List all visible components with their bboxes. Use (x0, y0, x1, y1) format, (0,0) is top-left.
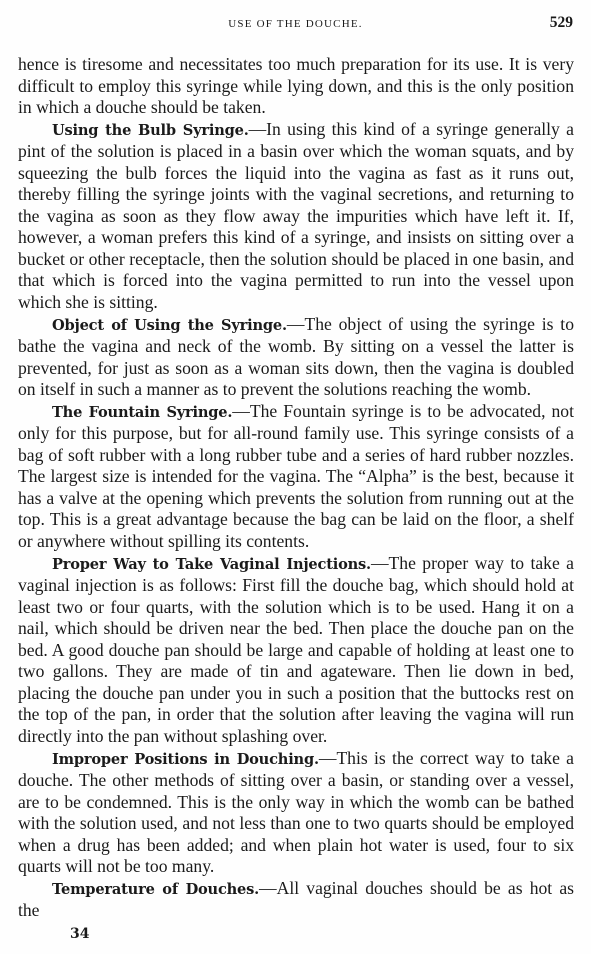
paragraph-text: —In using this kind of a syringe general… (18, 119, 574, 312)
paragraph-fountain-syringe: The Fountain Syringe.—The Fountain syrin… (18, 401, 574, 553)
paragraph-object-of-syringe: Object of Using the Syringe.—The object … (18, 314, 574, 401)
paragraph-bulb-syringe: Using the Bulb Syringe.—In using this ki… (18, 119, 574, 314)
paragraph-text: —The Fountain syringe is to be advocated… (18, 401, 574, 551)
paragraph-temperature: Temperature of Douches.—All vaginal douc… (18, 878, 574, 922)
section-heading: Proper Way to Take Vaginal Injections. (52, 556, 371, 573)
paragraph-text: hence is tiresome and necessitates too m… (18, 54, 574, 117)
section-heading: Using the Bulb Syringe. (52, 122, 249, 139)
paragraph-proper-way: Proper Way to Take Vaginal Injections.—T… (18, 553, 574, 748)
section-heading: Temperature of Douches. (52, 881, 259, 898)
page-number: 529 (550, 14, 573, 32)
paragraph-improper-positions: Improper Positions in Douching.—This is … (18, 748, 574, 878)
paragraph-text: —The proper way to take a vaginal inject… (18, 553, 574, 746)
running-head: USE OF THE DOUCHE. 529 (18, 14, 573, 34)
running-title: USE OF THE DOUCHE. (18, 18, 573, 30)
section-heading: The Fountain Syringe. (52, 404, 232, 421)
body-text: hence is tiresome and necessitates too m… (18, 54, 574, 922)
book-page: USE OF THE DOUCHE. 529 hence is tiresome… (0, 0, 591, 954)
section-heading: Improper Positions in Douching. (52, 751, 319, 768)
signature-mark: 34 (70, 926, 89, 942)
section-heading: Object of Using the Syringe. (52, 317, 287, 334)
paragraph-continuation: hence is tiresome and necessitates too m… (18, 54, 574, 119)
